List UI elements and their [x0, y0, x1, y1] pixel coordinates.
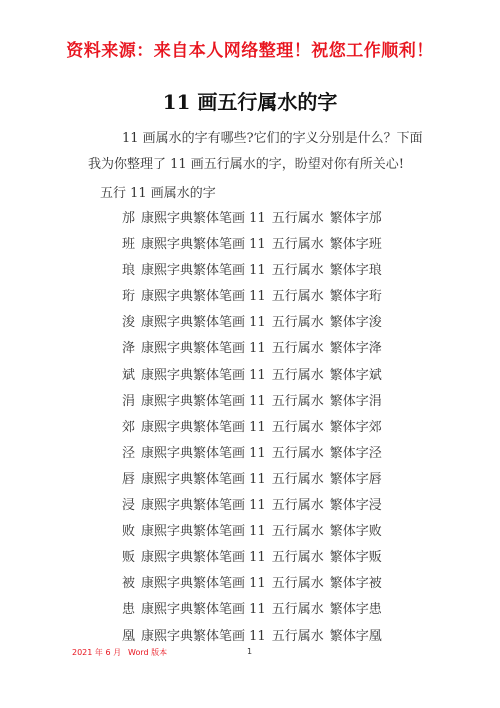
entry-char: 患	[122, 602, 135, 617]
entry-desc: 康熙字典繁体笔画 11	[141, 237, 266, 252]
entry-element: 五行属水	[272, 602, 324, 617]
list-item: 患康熙字典繁体笔画 11五行属水繁体字患	[122, 597, 388, 623]
entry-element: 五行属水	[272, 211, 324, 226]
section-heading: 五行 11 画属水的字	[100, 182, 216, 201]
entry-element: 五行属水	[272, 237, 324, 252]
list-item: 琅康熙字典繁体笔画 11五行属水繁体字琅	[122, 258, 388, 284]
page-number: 1	[247, 647, 252, 656]
entry-desc: 康熙字典繁体笔画 11	[141, 550, 266, 565]
intro-paragraph: 11 画属水的字有哪些?它们的字义分别是什么？下面我为你整理了 11 画五行属水…	[88, 126, 423, 178]
entry-element: 五行属水	[272, 341, 324, 356]
entry-trad: 繁体字凰	[330, 629, 382, 644]
entry-trad: 繁体字患	[330, 602, 382, 617]
entry-element: 五行属水	[272, 576, 324, 591]
list-item: 被康熙字典繁体笔画 11五行属水繁体字被	[122, 571, 388, 597]
entry-char: 洚	[122, 341, 135, 356]
entry-desc: 康熙字典繁体笔画 11	[141, 341, 266, 356]
list-item: 唇康熙字典繁体笔画 11五行属水繁体字唇	[122, 467, 388, 493]
footer-date: 2021 年 6 月	[72, 647, 121, 658]
entry-trad: 繁体字珩	[330, 289, 382, 304]
entry-desc: 康熙字典繁体笔画 11	[141, 420, 266, 435]
list-item: 洚康熙字典繁体笔画 11五行属水繁体字洚	[122, 336, 388, 362]
entry-desc: 康熙字典繁体笔画 11	[141, 394, 266, 409]
entry-desc: 康熙字典繁体笔画 11	[141, 524, 266, 539]
list-item: 浚康熙字典繁体笔画 11五行属水繁体字浚	[122, 310, 388, 336]
footer-version: Word 版本	[128, 647, 167, 658]
entry-desc: 康熙字典繁体笔画 11	[141, 263, 266, 278]
entry-char: 贩	[122, 550, 135, 565]
list-item: 郊康熙字典繁体笔画 11五行属水繁体字郊	[122, 415, 388, 441]
entry-char: 邡	[122, 211, 135, 226]
entry-char: 郊	[122, 420, 135, 435]
entry-char: 唇	[122, 472, 135, 487]
entry-desc: 康熙字典繁体笔画 11	[141, 289, 266, 304]
entry-trad: 繁体字琅	[330, 263, 382, 278]
entry-desc: 康熙字典繁体笔画 11	[141, 602, 266, 617]
entry-trad: 繁体字斌	[330, 368, 382, 383]
entry-desc: 康熙字典繁体笔画 11	[141, 498, 266, 513]
list-item: 凰康熙字典繁体笔画 11五行属水繁体字凰	[122, 624, 388, 650]
entry-element: 五行属水	[272, 524, 324, 539]
list-item: 珩康熙字典繁体笔画 11五行属水繁体字珩	[122, 284, 388, 310]
entry-char: 浚	[122, 315, 135, 330]
page-title: 11 画五行属水的字	[0, 86, 500, 115]
list-item: 贩康熙字典繁体笔画 11五行属水繁体字贩	[122, 545, 388, 571]
entry-char: 败	[122, 524, 135, 539]
entry-desc: 康熙字典繁体笔画 11	[141, 368, 266, 383]
entry-trad: 繁体字贩	[330, 550, 382, 565]
entry-element: 五行属水	[272, 263, 324, 278]
list-item: 涓康熙字典繁体笔画 11五行属水繁体字涓	[122, 389, 388, 415]
entry-trad: 繁体字浸	[330, 498, 382, 513]
entry-element: 五行属水	[272, 420, 324, 435]
entry-trad: 繁体字郊	[330, 420, 382, 435]
entry-element: 五行属水	[272, 498, 324, 513]
entry-element: 五行属水	[272, 289, 324, 304]
entry-char: 凰	[122, 629, 135, 644]
entry-element: 五行属水	[272, 368, 324, 383]
entry-char: 涓	[122, 394, 135, 409]
intro-text: 11 画属水的字有哪些?它们的字义分别是什么？下面我为你整理了 11 画五行属水…	[88, 131, 423, 172]
entry-char: 被	[122, 576, 135, 591]
entry-element: 五行属水	[272, 446, 324, 461]
entry-desc: 康熙字典繁体笔画 11	[141, 211, 266, 226]
entry-char: 浸	[122, 498, 135, 513]
entry-trad: 繁体字唇	[330, 472, 382, 487]
entry-trad: 繁体字涓	[330, 394, 382, 409]
entry-desc: 康熙字典繁体笔画 11	[141, 446, 266, 461]
character-list: 邡康熙字典繁体笔画 11五行属水繁体字邡班康熙字典繁体笔画 11五行属水繁体字班…	[122, 206, 388, 650]
entry-trad: 繁体字浚	[330, 315, 382, 330]
list-item: 邡康熙字典繁体笔画 11五行属水繁体字邡	[122, 206, 388, 232]
list-item: 败康熙字典繁体笔画 11五行属水繁体字败	[122, 519, 388, 545]
list-item: 班康熙字典繁体笔画 11五行属水繁体字班	[122, 232, 388, 258]
entry-element: 五行属水	[272, 629, 324, 644]
entry-char: 斌	[122, 368, 135, 383]
list-item: 泾康熙字典繁体笔画 11五行属水繁体字泾	[122, 441, 388, 467]
entry-element: 五行属水	[272, 394, 324, 409]
entry-desc: 康熙字典繁体笔画 11	[141, 629, 266, 644]
entry-trad: 繁体字被	[330, 576, 382, 591]
entry-trad: 繁体字泾	[330, 446, 382, 461]
entry-trad: 繁体字邡	[330, 211, 382, 226]
entry-desc: 康熙字典繁体笔画 11	[141, 315, 266, 330]
entry-desc: 康熙字典繁体笔画 11	[141, 576, 266, 591]
entry-char: 琅	[122, 263, 135, 278]
entry-char: 泾	[122, 446, 135, 461]
entry-char: 班	[122, 237, 135, 252]
list-item: 浸康熙字典繁体笔画 11五行属水繁体字浸	[122, 493, 388, 519]
source-banner: 资料来源：来自本人网络整理！祝您工作顺利！	[0, 36, 500, 61]
entry-trad: 繁体字班	[330, 237, 382, 252]
entry-char: 珩	[122, 289, 135, 304]
entry-element: 五行属水	[272, 550, 324, 565]
entry-trad: 繁体字败	[330, 524, 382, 539]
entry-element: 五行属水	[272, 472, 324, 487]
entry-element: 五行属水	[272, 315, 324, 330]
list-item: 斌康熙字典繁体笔画 11五行属水繁体字斌	[122, 363, 388, 389]
entry-trad: 繁体字洚	[330, 341, 382, 356]
entry-desc: 康熙字典繁体笔画 11	[141, 472, 266, 487]
